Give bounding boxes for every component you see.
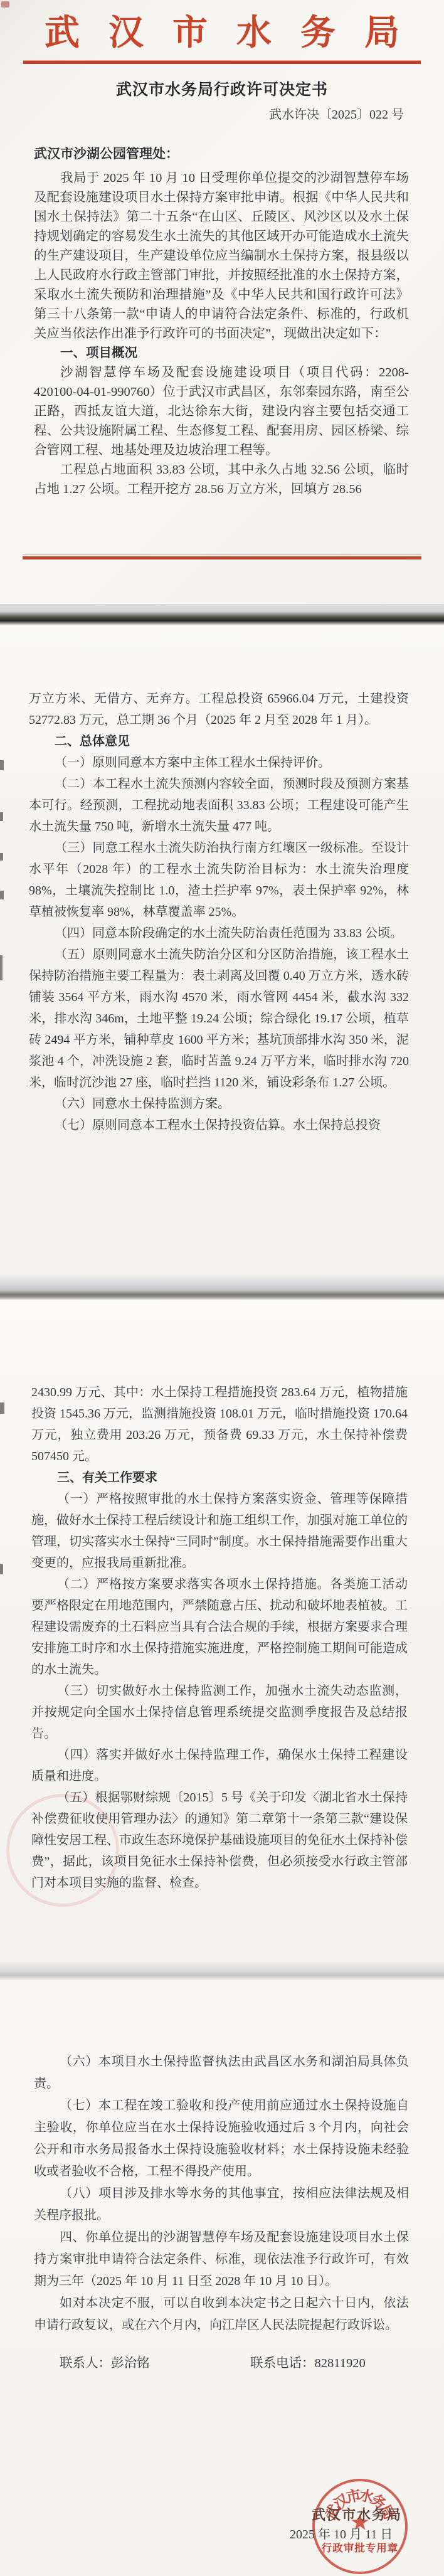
paragraph: （八）项目涉及排水等水务的其他事宜，按相应法律法规及相关程序报批。 [34,2183,409,2227]
page-1: 武汉市水务局 武汉市水务局行政许可决定书 武水许决〔2025〕022 号 武汉市… [0,0,444,604]
page-2: 万立方米、无借方、无弃方。工程总投资 65966.04 万元，土建投资 5277… [0,625,444,1275]
paragraph: （四）同意本阶段确定的水土流失防治责任范围为 33.83 公顷。 [29,923,409,944]
contact-row: 联系人：彭治铭 联系电话：82811920 [34,2353,409,2375]
paragraph: （七）原则同意本工程水土保持投资估算。水土保持总投资 [29,1115,409,1136]
paragraph: （六）同意水土保持监测方案。 [29,1093,409,1115]
scan-artifact [0,955,3,980]
document-title: 武汉市水务局行政许可决定书 [0,77,444,100]
paragraph: （二）严格按方案要求落实各项水土保持措施。各类施工活动要严格限定在用地范围内，严… [31,1574,408,1680]
scan-artifact [0,1564,3,1574]
scan-artifact [1,1,9,8]
section-heading-1: 一、项目概况 [34,344,409,363]
signature-date: 2025 年 10 月 11 日 [290,2524,393,2542]
scan-artifact [0,853,3,861]
page-2-body: 万立方米、无借方、无弃方。工程总投资 65966.04 万元，土建投资 5277… [0,625,444,1136]
paragraph: （三）同意工程水土流失防治执行南方红壤区一级标准。至设计水平年（2028 年）的… [29,837,409,923]
agency-letterhead: 武汉市水务局 [0,15,444,52]
section-heading-3: 三、有关工作要求 [31,1467,408,1488]
page-gap [0,1275,444,1300]
document-number: 武水许决〔2025〕022 号 [0,104,444,122]
page-gap [0,604,444,625]
paragraph-continuation: 万立方米、无借方、无弃方。工程总投资 65966.04 万元，土建投资 5277… [29,688,409,731]
scan-artifact [0,891,4,899]
footer-rule-thin [23,554,421,555]
scanned-document: 武汉市水务局 武汉市水务局行政许可决定书 武水许决〔2025〕022 号 武汉市… [0,0,444,2576]
scan-artifact [0,760,4,770]
faint-stamp-impression [6,1794,119,1907]
paragraph: （四）落实并做好水土保持监理工作，确保水土保持工程建设质量和进度。 [31,1744,408,1787]
paragraph: 沙湖智慧停车场及配套设施建设项目（项目代码：2208-420100-04-01-… [34,363,409,460]
paragraph: （五）原则同意水土流失防治分区和分区防治措施，该工程水土保持防治措施主要工程量为… [29,944,409,1093]
scan-artifact [0,812,3,821]
contact-phone: 联系电话：82811920 [250,2353,366,2375]
letterhead-separator-line [23,60,421,64]
page-4-body: （六）本项目水土保持监督执法由武昌区水务和湖泊局具体负责。 （七）本工程在竣工验… [0,1981,444,2375]
page-1-body: 我局于 2025 年 10 月 10 日受理你单位提交的沙湖智慧停车场及配套设施… [34,169,409,499]
contact-phone-number: 82811920 [315,2356,366,2370]
contact-phone-label: 联系电话： [250,2356,315,2370]
contact-person-name: 彭治铭 [111,2356,150,2370]
paragraph: 四、你单位提出的沙湖智慧停车场及配套设施建设项目水土保持方案审批申请符合法定条件… [34,2227,409,2292]
paragraph: （二）本工程水土流失预测内容较全面，预测时段及预测方案基本可行。经预测，工程扰动… [29,773,409,837]
paragraph: 如对本决定不服，可以自收到本决定书之日起六十日内，依法申请行政复议，或在六个月内… [34,2292,409,2336]
paragraph: 工程总占地面积 33.83 公顷，其中永久占地 32.56 公顷，临时占地 1.… [34,460,409,499]
scan-artifact [0,1402,4,1414]
paragraph: （一）严格按照审批的水土保持方案落实资金、管理等保障措施，做好水土保持工程后续设… [31,1488,408,1574]
page-gap [0,1962,444,1981]
paragraph: （一）原则同意本方案中主体工程水土保持评价。 [29,752,409,773]
paragraph: （三）切实做好水土保持监测工作，加强水土流失动态监测，并按规定向全国水土保持信息… [31,1680,408,1744]
section-heading-2: 二、总体意见 [29,731,409,752]
contact-person: 联系人：彭治铭 [60,2353,150,2375]
paragraph-continuation: 2430.99 万元、其中：水土保持工程措施投资 283.64 万元，植物措施投… [31,1382,408,1467]
footer-rule-thick [23,556,421,559]
paragraph: （七）本工程在竣工验收和投产使用前应通过水土保持设施自主验收，你单位应当在水土保… [34,2095,409,2183]
contact-person-label: 联系人： [60,2356,111,2370]
footer-rule [23,554,421,559]
signature-authority: 武汉市水务局 [312,2504,402,2524]
paragraph: 我局于 2025 年 10 月 10 日受理你单位提交的沙湖智慧停车场及配套设施… [34,169,409,344]
paragraph: （六）本项目水土保持监督执法由武昌区水务和湖泊局具体负责。 [34,2051,409,2095]
addressee: 武汉市沙湖公园管理处： [34,144,444,162]
